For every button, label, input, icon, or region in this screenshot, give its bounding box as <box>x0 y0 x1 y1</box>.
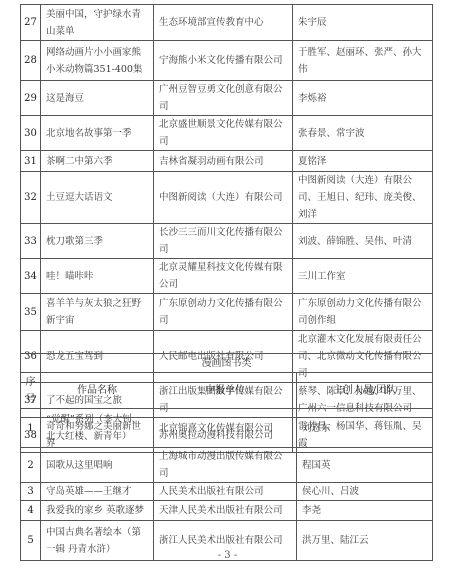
cell-creators: 于胜军、赵丽环、张严、孙大伟 <box>293 41 433 81</box>
comics-books-table: 漫画图书类 序号 作品名称 申报单位 主创人员/团队 1“觉醒”系列（李大钊、北… <box>20 353 433 561</box>
table-row: 28网络动画片小小画家熊小米动物篇351-400集宁海熊小米文化传播有限公司于胜… <box>21 41 433 81</box>
cell-creators: 广东原创动力文化传播有限公司创作组 <box>293 294 433 331</box>
cell-unit: 北京盛世顺景文化传媒有限公司 <box>154 116 293 151</box>
cell-title: 茶啊二中第六季 <box>41 151 154 172</box>
page-number: - 3 - <box>0 550 455 561</box>
cell-unit: 长沙三三而川文化传播有限公司 <box>154 224 293 259</box>
cell-unit: 宁海熊小米文化传播有限公司 <box>154 41 293 81</box>
cell-no: 32 <box>21 172 41 224</box>
cell-title: 这是海豆 <box>41 81 154 116</box>
cell-no: 31 <box>21 151 41 172</box>
table-row: 30北京地名故事第一季北京盛世顺景文化传媒有限公司张春景、常宇波 <box>21 116 433 151</box>
header-creators: 主创人员/团队 <box>297 373 433 409</box>
table-row: 35喜羊羊与灰太狼之狂野新宇宙广东原创动力文化传播有限公司广东原创动力文化传播有… <box>21 294 433 331</box>
cell-unit: 北京灵耀星科技文化传媒有限公司 <box>154 259 293 294</box>
cell-unit: 北京锦熹文化传媒有限公司 <box>154 409 297 448</box>
cell-no: 27 <box>21 5 41 41</box>
table-row: 33枕刀歌第三季长沙三三而川文化传播有限公司刘波、薛锦胜、吴伟、叶清 <box>21 224 433 259</box>
table-row: 1“觉醒”系列（李大钊、北大红楼、新青年）北京锦熹文化传媒有限公司刘恩东 <box>21 409 433 448</box>
cell-unit: 人民美术出版社有限公司 <box>154 483 297 501</box>
cell-no: 4 <box>21 501 41 521</box>
category-title: 漫画图书类 <box>21 354 433 373</box>
cell-title: 守岛英雄——王继才 <box>41 483 154 501</box>
cell-title: 美丽中国，守护绿水青山菜单 <box>41 5 154 41</box>
cell-creators: 侯心川、吕波 <box>297 483 433 501</box>
cell-title: 我爱我的家乡 英歌逐梦 <box>41 501 154 521</box>
cell-creators: 刘恩东 <box>297 409 433 448</box>
cell-title: 枕刀歌第三季 <box>41 224 154 259</box>
table-row: 2国歌从这里唱响上海城市动漫出版传媒有限公司程国英 <box>21 448 433 483</box>
header-unit: 申报单位 <box>154 373 297 409</box>
cell-no: 33 <box>21 224 41 259</box>
header-no: 序号 <box>21 373 41 409</box>
cell-creators: 李尧 <box>297 501 433 521</box>
table-row: 27美丽中国，守护绿水青山菜单生态环境部宣传教育中心朱宇辰 <box>21 5 433 41</box>
table-row: 4我爱我的家乡 英歌逐梦天津人民美术出版社有限公司李尧 <box>21 501 433 521</box>
table-row: 29这是海豆广州豆智豆勇文化创意有限公司李烁裕 <box>21 81 433 116</box>
cell-creators: 朱宇辰 <box>293 5 433 41</box>
cell-unit: 吉林省凝羽动画有限公司 <box>154 151 293 172</box>
header-title: 作品名称 <box>41 373 154 409</box>
cell-title: 哇！喵咔咔 <box>41 259 154 294</box>
cell-creators: 刘波、薛锦胜、吴伟、叶清 <box>293 224 433 259</box>
cell-title: 北京地名故事第一季 <box>41 116 154 151</box>
cell-creators: 三川工作室 <box>293 259 433 294</box>
cell-creators: 李烁裕 <box>293 81 433 116</box>
cell-creators: 程国英 <box>297 448 433 483</box>
table-row: 3守岛英雄——王继才人民美术出版社有限公司侯心川、吕波 <box>21 483 433 501</box>
cell-creators: 夏铭泽 <box>293 151 433 172</box>
table-row: 31茶啊二中第六季吉林省凝羽动画有限公司夏铭泽 <box>21 151 433 172</box>
cell-creators: 张春景、常宇波 <box>293 116 433 151</box>
cell-no: 29 <box>21 81 41 116</box>
cell-unit: 天津人民美术出版社有限公司 <box>154 501 297 521</box>
cell-unit: 上海城市动漫出版传媒有限公司 <box>154 448 297 483</box>
cell-title: 喜羊羊与灰太狼之狂野新宇宙 <box>41 294 154 331</box>
cell-title: 网络动画片小小画家熊小米动物篇351-400集 <box>41 41 154 81</box>
cell-unit: 中图新阅读（大连）有限公司 <box>154 172 293 224</box>
cell-title: 土豆逗大话语文 <box>41 172 154 224</box>
cell-creators: 中图新阅读（大连）有限公司、王旭日、纪玮、庞美俊、刘洋 <box>293 172 433 224</box>
cell-title: “觉醒”系列（李大钊、北大红楼、新青年） <box>41 409 154 448</box>
cell-no: 1 <box>21 409 41 448</box>
cell-unit: 广州豆智豆勇文化创意有限公司 <box>154 81 293 116</box>
cell-unit: 生态环境部宣传教育中心 <box>154 5 293 41</box>
cell-no: 2 <box>21 448 41 483</box>
table-row: 34哇！喵咔咔北京灵耀星科技文化传媒有限公司三川工作室 <box>21 259 433 294</box>
cell-no: 34 <box>21 259 41 294</box>
cell-no: 28 <box>21 41 41 81</box>
cell-title: 国歌从这里唱响 <box>41 448 154 483</box>
cell-no: 35 <box>21 294 41 331</box>
table-row: 32土豆逗大话语文中图新阅读（大连）有限公司中图新阅读（大连）有限公司、王旭日、… <box>21 172 433 224</box>
cell-no: 3 <box>21 483 41 501</box>
cell-no: 30 <box>21 116 41 151</box>
cell-unit: 广东原创动力文化传播有限公司 <box>154 294 293 331</box>
